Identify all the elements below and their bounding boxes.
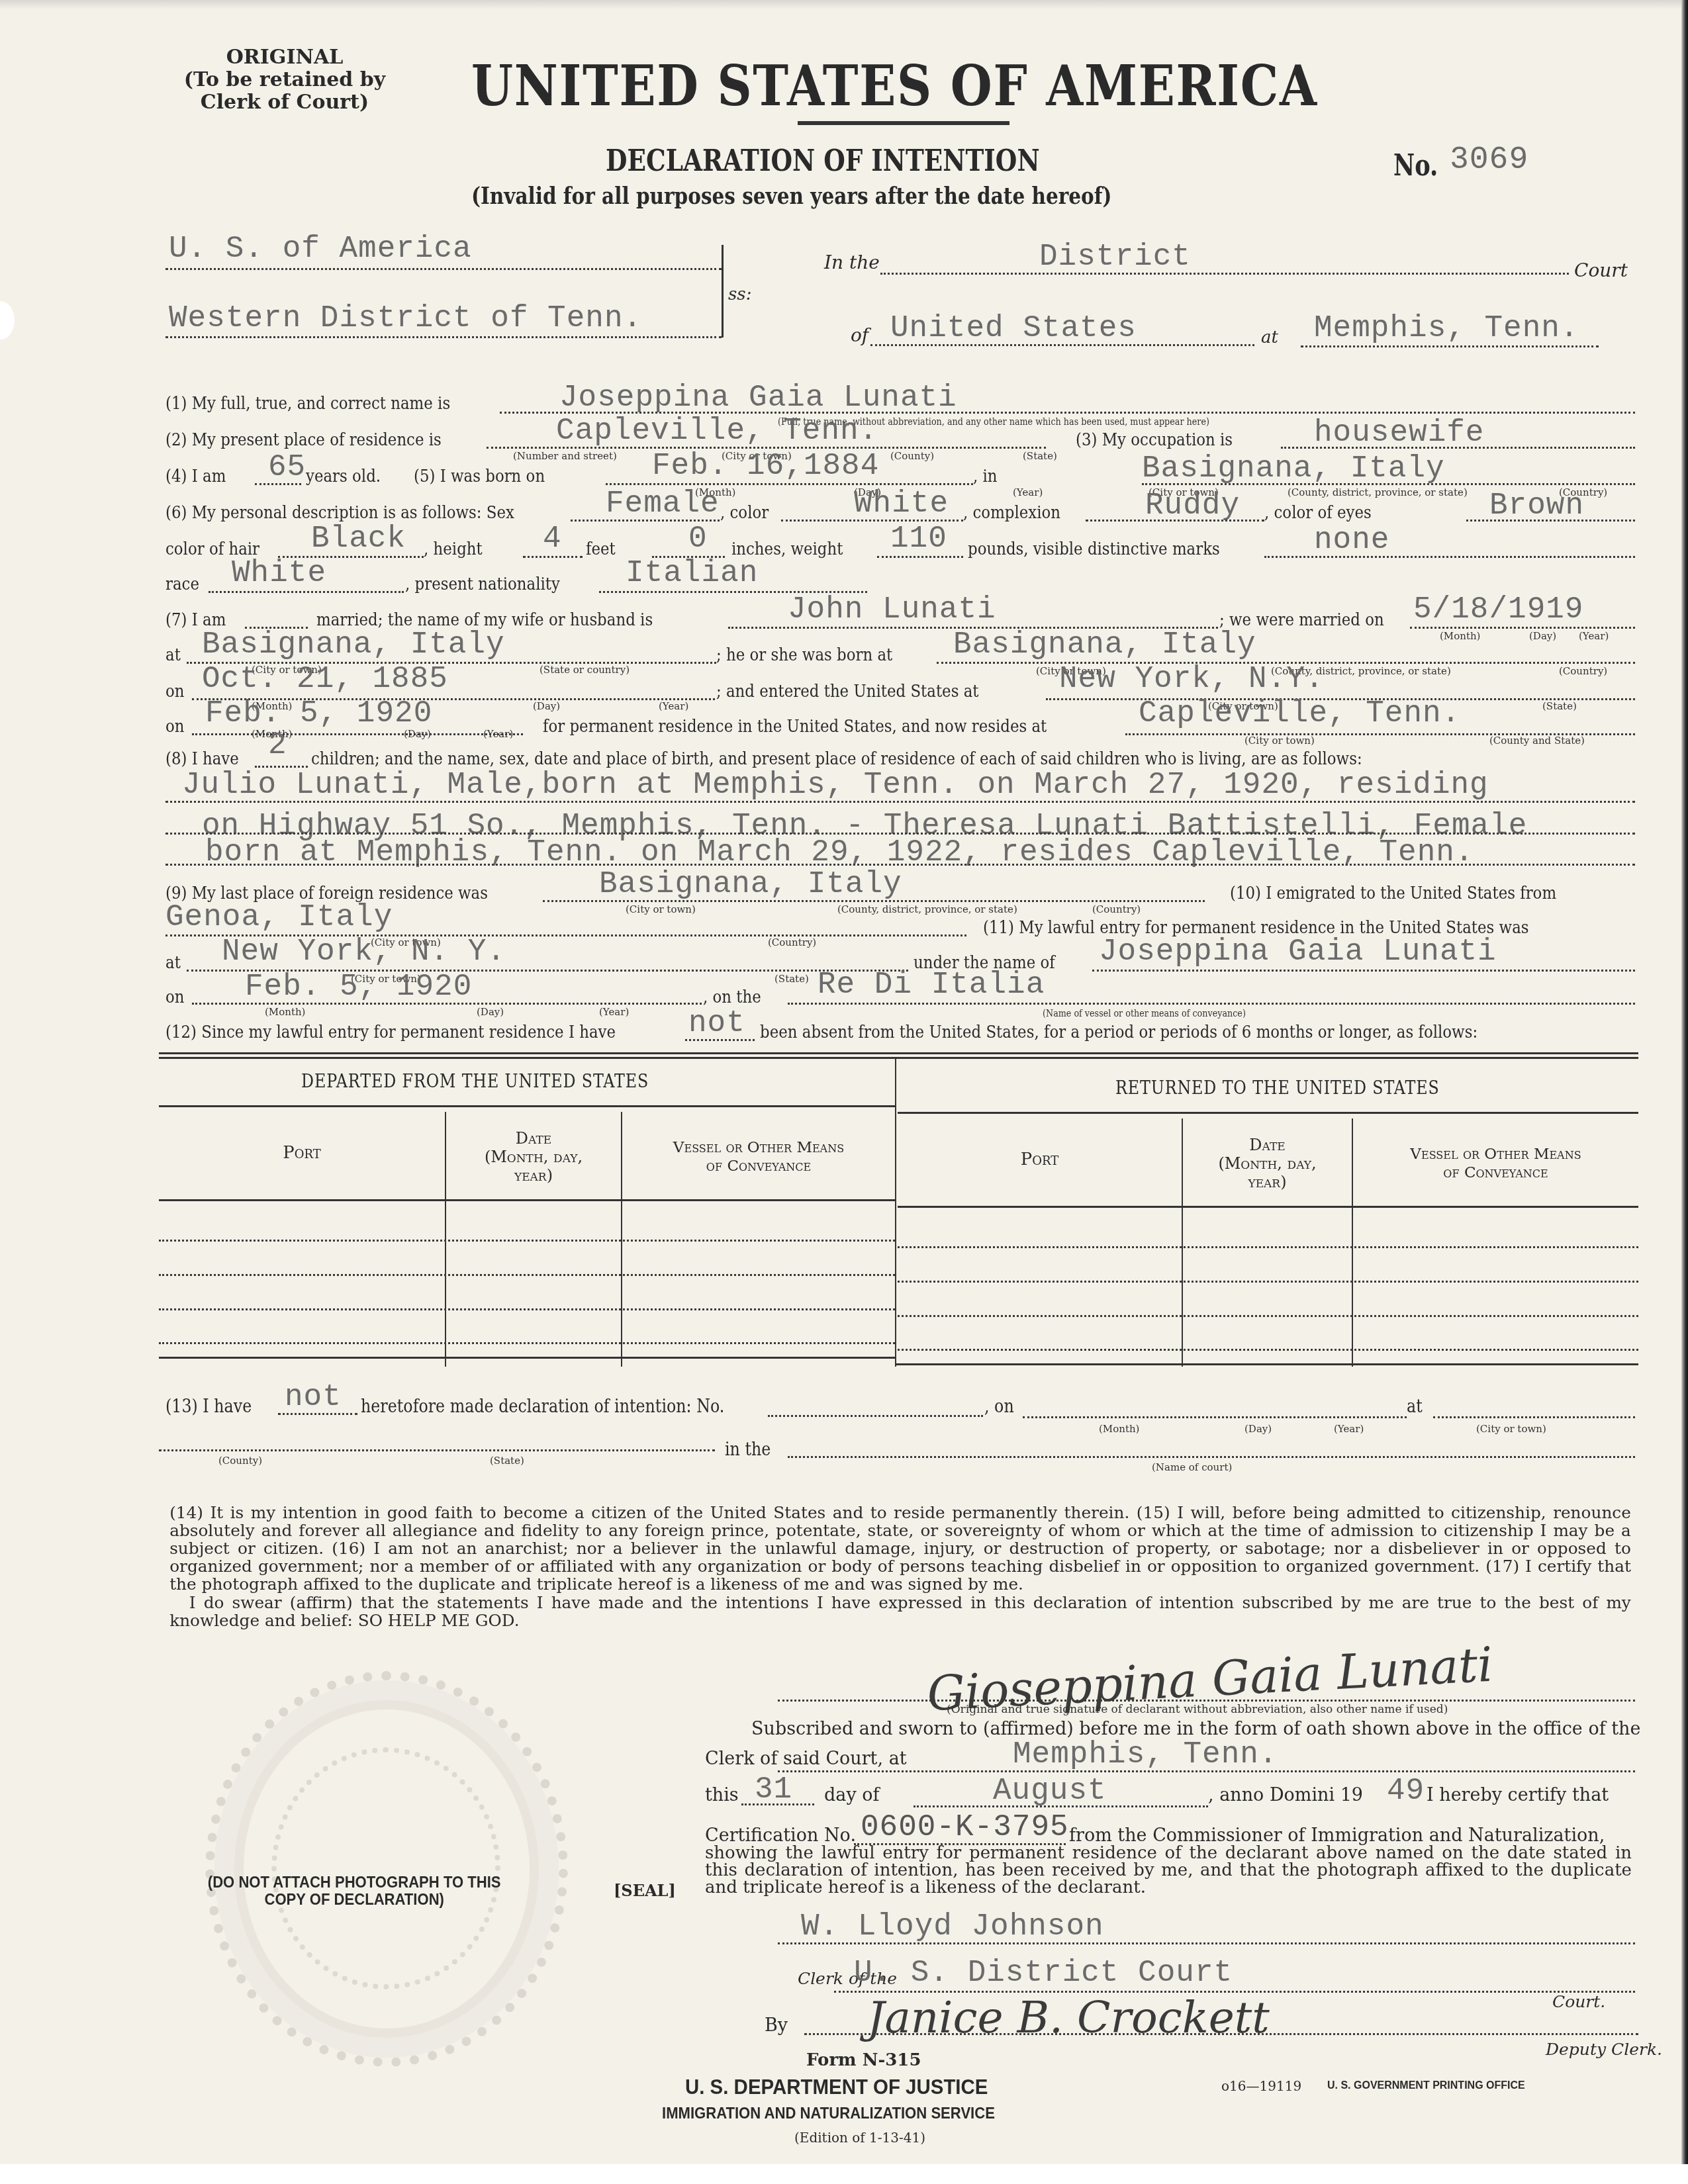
caption-day: (Day) [533, 700, 560, 712]
caption-day: (Day) [477, 1006, 504, 1018]
service: IMMIGRATION AND NATURALIZATION SERVICE [662, 2105, 995, 2123]
prior-declaration-county-state-input[interactable] [159, 1449, 715, 1451]
caption-country: (Country) [1559, 665, 1607, 677]
table-row[interactable] [159, 1274, 895, 1276]
on-label: on [165, 682, 185, 702]
q2-label: (2) My present place of residence is [165, 430, 442, 450]
table-row[interactable] [159, 1240, 895, 1242]
age-line [255, 483, 301, 485]
day-of-label: day of [824, 1785, 879, 1805]
in-label: , in [973, 467, 998, 486]
hair-value: Black [311, 522, 406, 556]
entry-name-line [1092, 970, 1635, 972]
clerk-at-line [778, 1770, 1635, 1772]
certify-label: I hereby certify that [1427, 1785, 1609, 1805]
swear-paragraph: I do swear (affirm) that the statements … [169, 1594, 1631, 1629]
spouse-value: John Lunati [788, 592, 996, 627]
court-type: District [1039, 240, 1191, 274]
entry-name-value: Joseppina Gaia Lunati [1099, 934, 1497, 969]
q1-label: (1) My full, true, and correct name is [165, 394, 450, 414]
caption-country: (Country) [1092, 903, 1141, 915]
court-label: Court [1574, 259, 1628, 281]
photo-notice-line2: COPY OF DECLARATION) [165, 1891, 543, 1909]
retained-note-line2: Clerk of Court) [165, 91, 404, 114]
occupation-line [1281, 447, 1635, 449]
q12-label: (12) Since my lawful entry for permanent… [165, 1023, 616, 1042]
col-date-line: Date [1183, 1136, 1352, 1154]
caption-state-country: (State or country) [539, 664, 630, 676]
absence-value: not [688, 1006, 745, 1040]
col-date-line: year) [1183, 1173, 1352, 1191]
caption-city: (City or town) [1244, 735, 1315, 747]
birth-place-value: Basignana, Italy [1142, 451, 1445, 486]
col-vessel-line: Vessel or Other Means [622, 1138, 895, 1157]
caption-county-state: (County and State) [1489, 735, 1585, 747]
caption-year: (Year) [659, 700, 688, 712]
cert-text: showing the lawful entry for permanent r… [705, 1844, 1632, 1896]
last-foreign-residence-value: Basignana, Italy [599, 867, 902, 901]
punch-hole [0, 301, 15, 340]
caption-day: (Day) [1244, 1423, 1272, 1435]
col-port-departed: Port [159, 1144, 445, 1162]
clerk-name-value: W. Lloyd Johnson [801, 1909, 1104, 1944]
oath-paragraph: (14) It is my intention in good faith to… [169, 1504, 1631, 1593]
photo-notice-line1: (DO NOT ATTACH PHOTOGRAPH TO THIS [165, 1874, 543, 1891]
scan-top-shadow [0, 0, 1681, 9]
sex-value: Female [606, 486, 720, 521]
col-vessel-departed: Vessel or Other Means of Conveyance [622, 1138, 895, 1175]
table-header-rule [898, 1112, 1638, 1114]
title-divider [798, 121, 1009, 125]
marks-value: none [1314, 523, 1389, 557]
occupation-value: housewife [1314, 416, 1484, 450]
clerk-name-line [778, 1942, 1635, 1944]
prior-declaration-number-input[interactable] [768, 1415, 983, 1417]
clerk-at-value: Memphis, Tenn. [1013, 1737, 1278, 1772]
print-code: o16—19119 [1221, 2078, 1301, 2094]
department: U. S. DEPARTMENT OF JUSTICE [685, 2075, 988, 2099]
height-feet-value: 4 [543, 522, 562, 556]
nationality-label: , present nationality [405, 574, 560, 594]
printer: U. S. GOVERNMENT PRINTING OFFICE [1327, 2080, 1525, 2092]
retained-note-line1: (To be retained by [165, 69, 404, 91]
original-copy-note: ORIGINAL (To be retained by Clerk of Cou… [165, 46, 404, 114]
q12-suffix: been absent from the United States, for … [760, 1023, 1477, 1042]
height-inches-value: 0 [688, 522, 708, 556]
caption-year: (Year) [483, 728, 513, 740]
spouse-entry-date-line [192, 733, 523, 735]
q13-in-the-label: in the [725, 1439, 771, 1460]
q13-value: not [285, 1380, 342, 1414]
deputy-label: Deputy Clerk. [1546, 2040, 1662, 2059]
q13-text: heretofore made declaration of intention… [361, 1396, 724, 1417]
prior-declaration-city-input[interactable] [1433, 1416, 1635, 1418]
caption-state: (State) [1542, 700, 1577, 712]
color-value: White [854, 486, 949, 521]
table-top-rule [159, 1057, 1638, 1059]
last-foreign-residence-line [543, 900, 1205, 902]
feet-label: feet [586, 539, 616, 559]
table-bottom-rule [895, 1363, 1638, 1365]
table-row[interactable] [159, 1308, 895, 1310]
color-label: , color [720, 503, 769, 523]
table-row[interactable] [898, 1349, 1638, 1351]
table-row[interactable] [898, 1281, 1638, 1283]
col-vessel-returned: Vessel or Other Means of Conveyance [1353, 1145, 1638, 1182]
spouse-residence-value: Capleville, Tenn. [1139, 696, 1460, 731]
col-vessel-line: of Conveyance [1353, 1163, 1638, 1182]
age-value: 65 [268, 450, 306, 484]
seal-label: [SEAL] [614, 1881, 676, 1900]
spouse-entry-date-value: Feb. 5, 1920 [205, 696, 432, 731]
birth-date-value: Feb. 16,1884 [652, 449, 879, 483]
q8-label: (8) I have [165, 749, 239, 769]
caption-county: (County) [890, 450, 934, 462]
caption-day: (Day) [1529, 630, 1556, 642]
entry-date-value: Feb. 5, 1920 [245, 970, 472, 1004]
at-label: at [1261, 328, 1278, 347]
col-date-line: Date [446, 1129, 621, 1148]
residence-value: Capleville, Tenn. [556, 414, 878, 448]
q5-label: (5) I was born on [414, 467, 545, 486]
q4-suffix: years old. [306, 467, 381, 486]
caption-country: (Country) [768, 936, 816, 948]
table-row[interactable] [159, 1342, 895, 1344]
court-city-line [1301, 345, 1599, 347]
embossed-seal-inner-ring [271, 1747, 500, 1989]
subscribed-text: Subscribed and sworn to (affirmed) befor… [751, 1719, 1640, 1739]
q13-at-label: at [1407, 1396, 1423, 1417]
edition: (Edition of 1-13-41) [794, 2130, 925, 2146]
spouse-born-label: ; he or she was born at [716, 645, 892, 665]
on-the-label: , on the [703, 987, 761, 1007]
children-rule [165, 864, 1635, 866]
caption-day: (Day) [404, 728, 431, 740]
month-line [914, 1805, 1208, 1807]
height-feet-line [523, 556, 583, 558]
complexion-value: Ruddy [1145, 488, 1240, 523]
height-label: , height [424, 539, 483, 559]
col-vessel-line: of Conveyance [622, 1157, 895, 1175]
court-of-line [870, 344, 1254, 346]
table-center-divider [895, 1059, 896, 1367]
on-label: on [165, 987, 185, 1007]
table-row[interactable] [898, 1246, 1638, 1248]
spouse-birth-date-value: Oct. 21, 1885 [202, 662, 448, 696]
table-top-rule [159, 1052, 1638, 1054]
this-label: this [705, 1785, 739, 1805]
photo-notice: (DO NOT ATTACH PHOTOGRAPH TO THIS COPY O… [165, 1874, 543, 1909]
race-value: White [232, 556, 326, 590]
venue-district: Western District of Tenn. [169, 301, 642, 336]
returned-header: RETURNED TO THE UNITED STATES [1115, 1077, 1440, 1099]
caption-state: (State) [490, 1455, 524, 1467]
marks-label: pounds, visible distinctive marks [968, 539, 1220, 559]
col-date-line: (Month, day, [1183, 1154, 1352, 1173]
year-value: 49 [1387, 1774, 1425, 1808]
clerk-court-value: U. S. District Court [854, 1956, 1233, 1990]
table-row[interactable] [898, 1315, 1638, 1317]
permanent-label: for permanent residence in the United St… [543, 717, 1047, 737]
table-subheader-rule [898, 1206, 1638, 1208]
eyes-value: Brown [1489, 488, 1584, 523]
deputy-signature: Janice B. Crockett [867, 1992, 1270, 2043]
validity-note: (Invalid for all purposes seven years af… [471, 182, 1111, 210]
q4-label: (4) I am [165, 467, 226, 486]
spouse-birthplace-value: Basignana, Italy [953, 627, 1256, 662]
race-label: race [165, 574, 199, 594]
caption-month: (Month) [1099, 1423, 1139, 1435]
children-rule [165, 801, 1635, 803]
marriage-date-line [1410, 627, 1635, 629]
table-bottom-rule [159, 1357, 895, 1359]
q13-on-label: , on [984, 1396, 1014, 1417]
birth-place-line [1142, 483, 1635, 485]
children-line-1: Julio Lunati, Male,born at Memphis, Tenn… [182, 768, 1489, 802]
prior-declaration-date-input[interactable] [1023, 1416, 1407, 1418]
caption-month: (Month) [1440, 630, 1480, 642]
caption-year: (Year) [1579, 630, 1609, 642]
emigrated-from-value: Genoa, Italy [165, 900, 393, 934]
spouse-entered-label: ; and entered the United States at [716, 682, 979, 702]
q3-label: (3) My occupation is [1076, 430, 1233, 450]
eyes-label: , color of eyes [1264, 503, 1372, 523]
birth-date-line [606, 483, 973, 485]
departed-header: DEPARTED FROM THE UNITED STATES [301, 1070, 649, 1092]
venue-line [165, 268, 722, 270]
at-label: at [165, 645, 181, 665]
children-count-value: 2 [268, 728, 287, 762]
court-label: Court. [1552, 1992, 1605, 2011]
caption-province: (County, district, province, or state) [837, 903, 1017, 915]
caption-year: (Year) [1013, 486, 1043, 498]
eyes-line [1466, 520, 1635, 522]
q6-label: (6) My personal description is as follow… [165, 503, 514, 523]
vessel-line [788, 1003, 1635, 1005]
weight-value: 110 [890, 522, 947, 556]
form-number: Form N-315 [806, 2050, 921, 2070]
day-line [741, 1803, 814, 1805]
col-date-returned: Date (Month, day, year) [1183, 1136, 1352, 1191]
col-port-returned: Port [898, 1150, 1182, 1169]
col-date-line: year) [446, 1166, 621, 1185]
entry-place-value: New York, N. Y. [222, 934, 506, 969]
ss-label: ss: [728, 285, 751, 304]
at-label: at [165, 953, 181, 973]
nationality-value: Italian [626, 556, 758, 590]
court-line [880, 273, 1569, 275]
month-value: August [993, 1774, 1107, 1808]
deputy-line [804, 2033, 1638, 2035]
col-date-line: (Month, day, [446, 1148, 621, 1166]
scan-edge [1681, 0, 1688, 2164]
day-value: 31 [755, 1772, 792, 1807]
weight-line [877, 556, 963, 558]
spouse-entry-place-value: New York, N.Y. [1059, 662, 1324, 696]
caption-court: (Name of court) [1152, 1461, 1232, 1473]
court-of: United States [890, 311, 1137, 345]
caption-county: (County) [218, 1455, 262, 1467]
venue-bracket [722, 245, 724, 338]
q10-label: (10) I emigrated to the United States fr… [1230, 884, 1556, 903]
vessel-value: Re Di Italia [818, 968, 1045, 1002]
in-the-label: In the [824, 251, 880, 273]
form-subtitle: DECLARATION OF INTENTION [606, 144, 1040, 178]
venue-line [165, 336, 722, 338]
original-label: ORIGINAL [165, 46, 404, 69]
prior-declaration-court-input[interactable] [788, 1456, 1635, 1458]
col-date-departed: Date (Month, day, year) [446, 1129, 621, 1185]
venue-country: U. S. of America [169, 232, 472, 266]
marriage-date-value: 5/18/1919 [1413, 592, 1583, 627]
caption-province: (County, district, province, or state) [1288, 486, 1468, 498]
q13-value-line [278, 1413, 357, 1415]
q13-label: (13) I have [165, 1396, 252, 1417]
on-label: on [165, 717, 185, 737]
caption-state: (State) [1023, 450, 1057, 462]
entry-date-line [192, 1003, 702, 1005]
absence-line [685, 1039, 755, 1041]
caption-city: (City or town) [626, 903, 696, 915]
caption-year: (Year) [599, 1006, 629, 1018]
clerk-at-label: Clerk of said Court, at [705, 1749, 907, 1769]
court-city: Memphis, Tenn. [1314, 311, 1579, 345]
signature-line [778, 1700, 1635, 1702]
complexion-line [1086, 520, 1264, 522]
table-subheader-rule [159, 1199, 895, 1201]
caption-month: (Month) [265, 1006, 305, 1018]
race-line [209, 591, 404, 593]
children-text: children; and the name, sex, date and pl… [311, 749, 1362, 769]
table-header-rule [159, 1105, 895, 1107]
caption-state: (State) [774, 973, 809, 985]
caption-city: (City or town) [1476, 1423, 1546, 1435]
complexion-label: , complexion [963, 503, 1060, 523]
of-label: of [851, 324, 868, 346]
marriage-place-value: Basignana, Italy [202, 627, 505, 662]
page-title: UNITED STATES OF AMERICA [471, 53, 1318, 118]
declaration-number: 3069 [1450, 142, 1528, 178]
full-name-value: Joseppina Gaia Lunati [559, 381, 957, 415]
vessel-caption: (Name of vessel or other means of convey… [1043, 1007, 1246, 1019]
by-label: By [765, 2015, 788, 2036]
number-label: No. [1393, 149, 1438, 183]
declaration-document: ORIGINAL (To be retained by Clerk of Cou… [0, 0, 1681, 2164]
caption-number-street: (Number and street) [513, 450, 617, 462]
caption-year: (Year) [1334, 1423, 1364, 1435]
anno-label: , anno Domini 19 [1208, 1785, 1363, 1805]
signature-caption: (Original and true signature of declaran… [947, 1703, 1448, 1716]
children-rule [165, 833, 1635, 835]
cert-no-value: 0600-K-3795 [861, 1810, 1069, 1844]
marks-line [1264, 556, 1635, 558]
col-vessel-line: Vessel or Other Means [1353, 1145, 1638, 1163]
